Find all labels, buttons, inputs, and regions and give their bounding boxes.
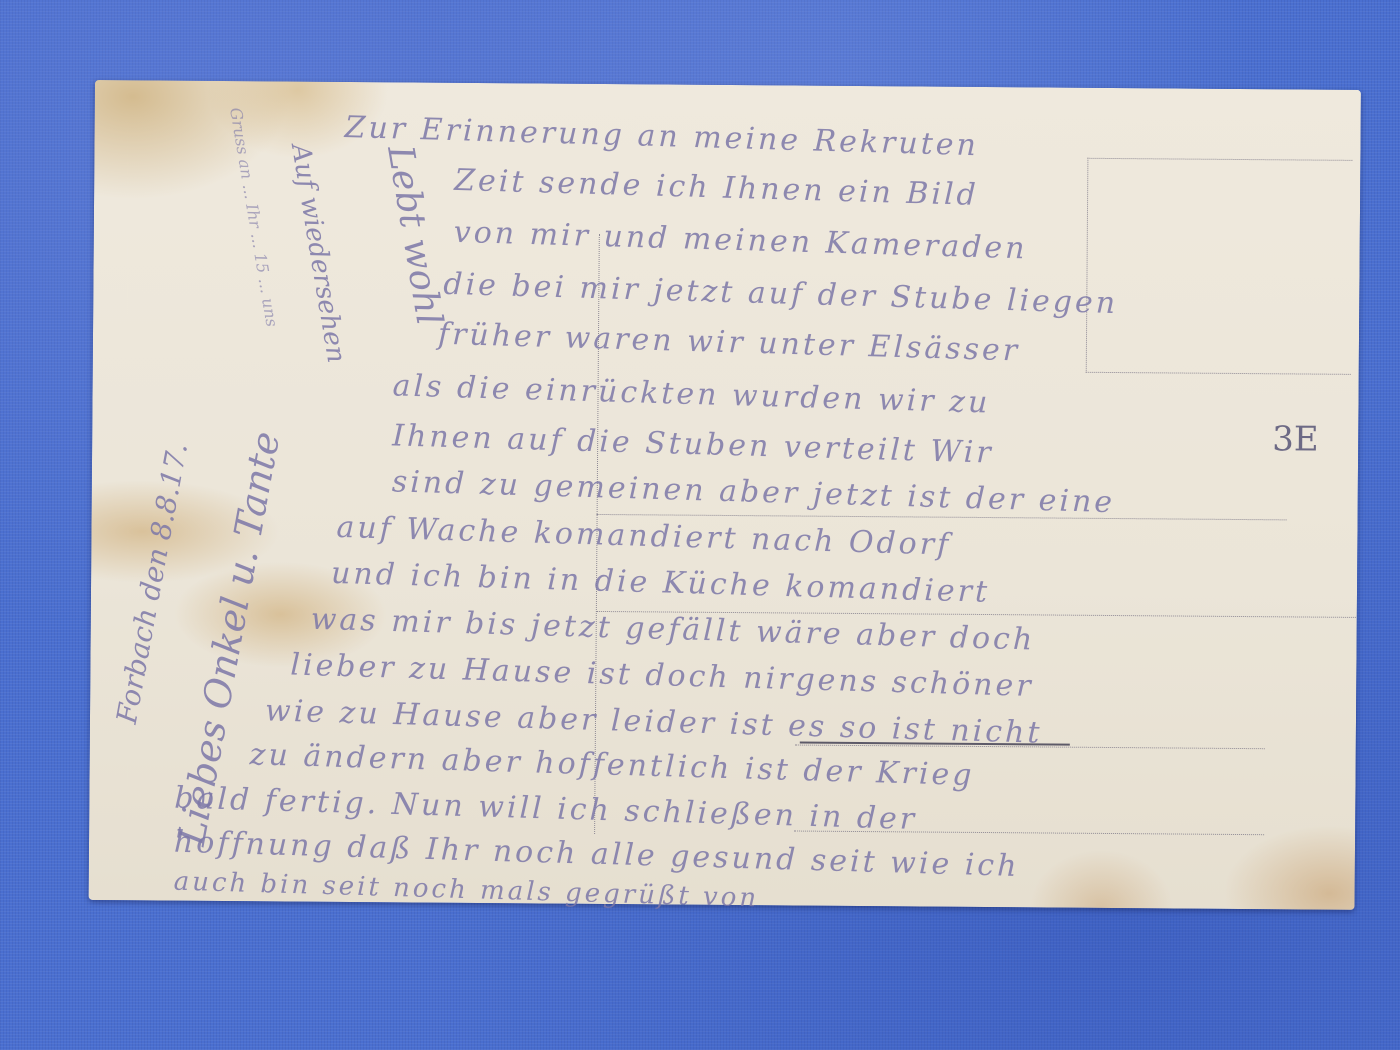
letter-line: sind zu gemeinen aber jetzt ist der eine: [391, 464, 1115, 520]
side-closing-auf-wiedersehen: Auf wiedersehen: [285, 142, 351, 365]
letter-line: früher waren wir unter Elsässer: [438, 317, 1021, 369]
letter-line: und ich bin in die Küche komandiert: [331, 556, 991, 610]
letter-line: als die einrückten wurden wir zu: [392, 368, 991, 420]
side-closing-lebt-wohl: Lebt wohl: [379, 143, 450, 329]
stamp-box-top-edge: [1087, 158, 1352, 161]
letter-line: lieber zu Hause ist doch nirgens schöner: [290, 648, 1034, 704]
stamp-box-left-edge: [1086, 158, 1089, 373]
letter-line: Ihnen auf die Stuben verteilt Wir: [392, 418, 994, 470]
side-corner-notes: Gruss an ... Ihr ... 15 ... uns: [226, 106, 282, 328]
side-date: Forbach den 8.8.17.: [110, 440, 194, 726]
letter-line: was mir bis jetzt gefällt wäre aber doch: [310, 602, 1035, 658]
postcard: Zur Erinnerung an meine Rekruten Zeit se…: [89, 80, 1361, 910]
pencil-mark: 3E: [1272, 419, 1319, 459]
letter-line: die bei mir jetzt auf der Stube liegen: [443, 267, 1119, 321]
stamp-box-bottom-edge: [1086, 372, 1351, 375]
letter-line: von mir und meinen Kameraden: [453, 215, 1028, 267]
letter-line: Zur Erinnerung an meine Rekruten: [344, 110, 979, 163]
letter-line: Zeit sende ich Ihnen ein Bild: [454, 163, 980, 213]
letter-line: auf Wache komandiert nach Odorf: [336, 510, 952, 563]
